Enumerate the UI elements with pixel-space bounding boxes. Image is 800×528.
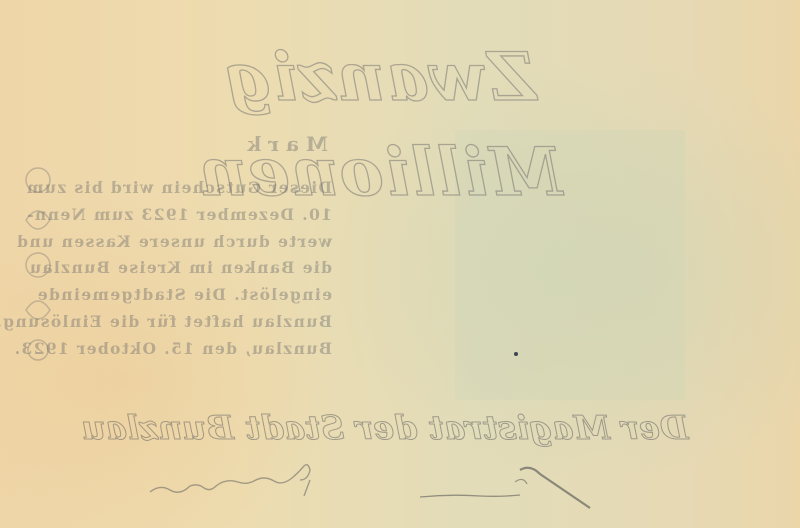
signature-left-icon bbox=[140, 462, 340, 502]
ink-speck bbox=[514, 352, 518, 356]
body-line: eingelöst. Die Stadtgemeinde bbox=[40, 282, 332, 309]
body-line: 10. Dezember 1923 zum Nenn- bbox=[40, 202, 332, 229]
redemption-text: Dieser Gutschein wird bis zum 10. Dezemb… bbox=[40, 175, 332, 363]
banknote-reverse: Zwanzig Millionen Mark Dieser Gutschein … bbox=[0, 0, 800, 528]
signature-right-icon bbox=[415, 462, 605, 512]
body-line: Dieser Gutschein wird bis zum bbox=[40, 175, 332, 202]
denomination-unit: Mark bbox=[228, 132, 328, 156]
body-line: die Banken im Kreise Bunzlau bbox=[40, 255, 332, 282]
body-line: werte durch unsere Kassen und bbox=[40, 229, 332, 256]
body-line: Bunzlau, den 15. Oktober 1923. bbox=[40, 336, 332, 363]
headline-denomination: Zwanzig Millionen bbox=[40, 30, 720, 125]
body-line: Bunzlau haftet für die Einlösung. bbox=[40, 309, 332, 336]
ornament-border-icon bbox=[18, 160, 58, 370]
issuer-line: Der Magistrat der Stadt Bunzlau bbox=[60, 408, 710, 447]
